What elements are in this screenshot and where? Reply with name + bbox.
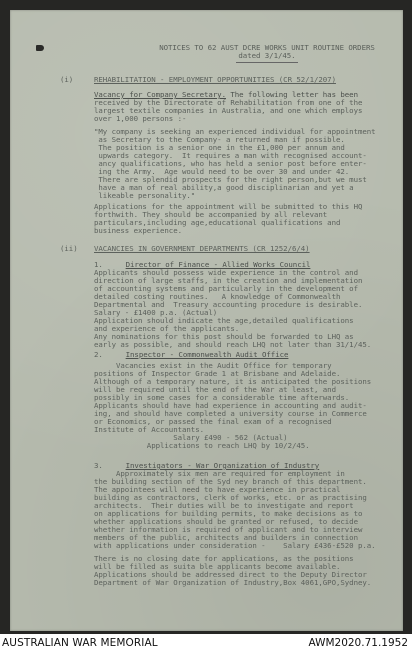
document-title: NOTICES TO 62 AUST DCRE WORKS UNIT ROUTI… — [127, 44, 407, 63]
vacancy-item: 2. Inspector - Commonwealth Audit Office… — [94, 351, 400, 450]
title-date: dated 3/1/45. — [127, 52, 407, 60]
section-number: (i) — [60, 76, 73, 84]
section-heading: VACANCIES IN GOVERNMENT DEPARTMENTS (CR … — [94, 245, 400, 253]
intro-line: over 1,000 persons :- — [94, 115, 400, 123]
typed-document: NOTICES TO 62 AUST DCRE WORKS UNIT ROUTI… — [10, 10, 403, 631]
item-line: with applications under consideration - … — [94, 542, 400, 550]
item-line: early as possible, and should reach LHQ … — [94, 341, 400, 349]
section-closing: Applications for the appointment will be… — [94, 203, 400, 235]
vacancy-item: 3. Investigators - War Organization of I… — [94, 462, 400, 550]
section-heading: REHABILITATION - EMPLOYMENT OPPORTUNITIE… — [94, 76, 400, 84]
quoted-letter: "My company is seeking an experienced in… — [94, 128, 400, 200]
title-underline — [236, 62, 298, 63]
closing-line: business experience. — [94, 227, 400, 235]
scan-frame: NOTICES TO 62 AUST DCRE WORKS UNIT ROUTI… — [0, 0, 412, 634]
section-number: (ii) — [60, 245, 78, 253]
footer-institution: AUSTRALIAN WAR MEMORIAL — [2, 637, 158, 649]
footer-accession-number: AWM2020.71.1952 — [308, 637, 408, 649]
section-closing: There is no closing date for application… — [94, 555, 400, 587]
punch-hole-mark — [36, 45, 44, 51]
item-number: 2. — [94, 350, 103, 359]
quote-line: likeable personality." — [94, 192, 400, 200]
intro-title: Vacancy for Company Secretary. — [94, 91, 226, 99]
section-intro: The following letter has been Vacancy fo… — [94, 91, 400, 123]
document-page: NOTICES TO 62 AUST DCRE WORKS UNIT ROUTI… — [10, 10, 403, 631]
item-line: Applications to reach LHQ by 10/2/45. — [94, 442, 400, 450]
vacancy-item: 1. Director of Finance - Allied Works Co… — [94, 261, 400, 349]
item-title: Inspector - Commonwealth Audit Office — [126, 350, 289, 359]
closing-line: Department of War Organization of Indust… — [94, 579, 400, 587]
